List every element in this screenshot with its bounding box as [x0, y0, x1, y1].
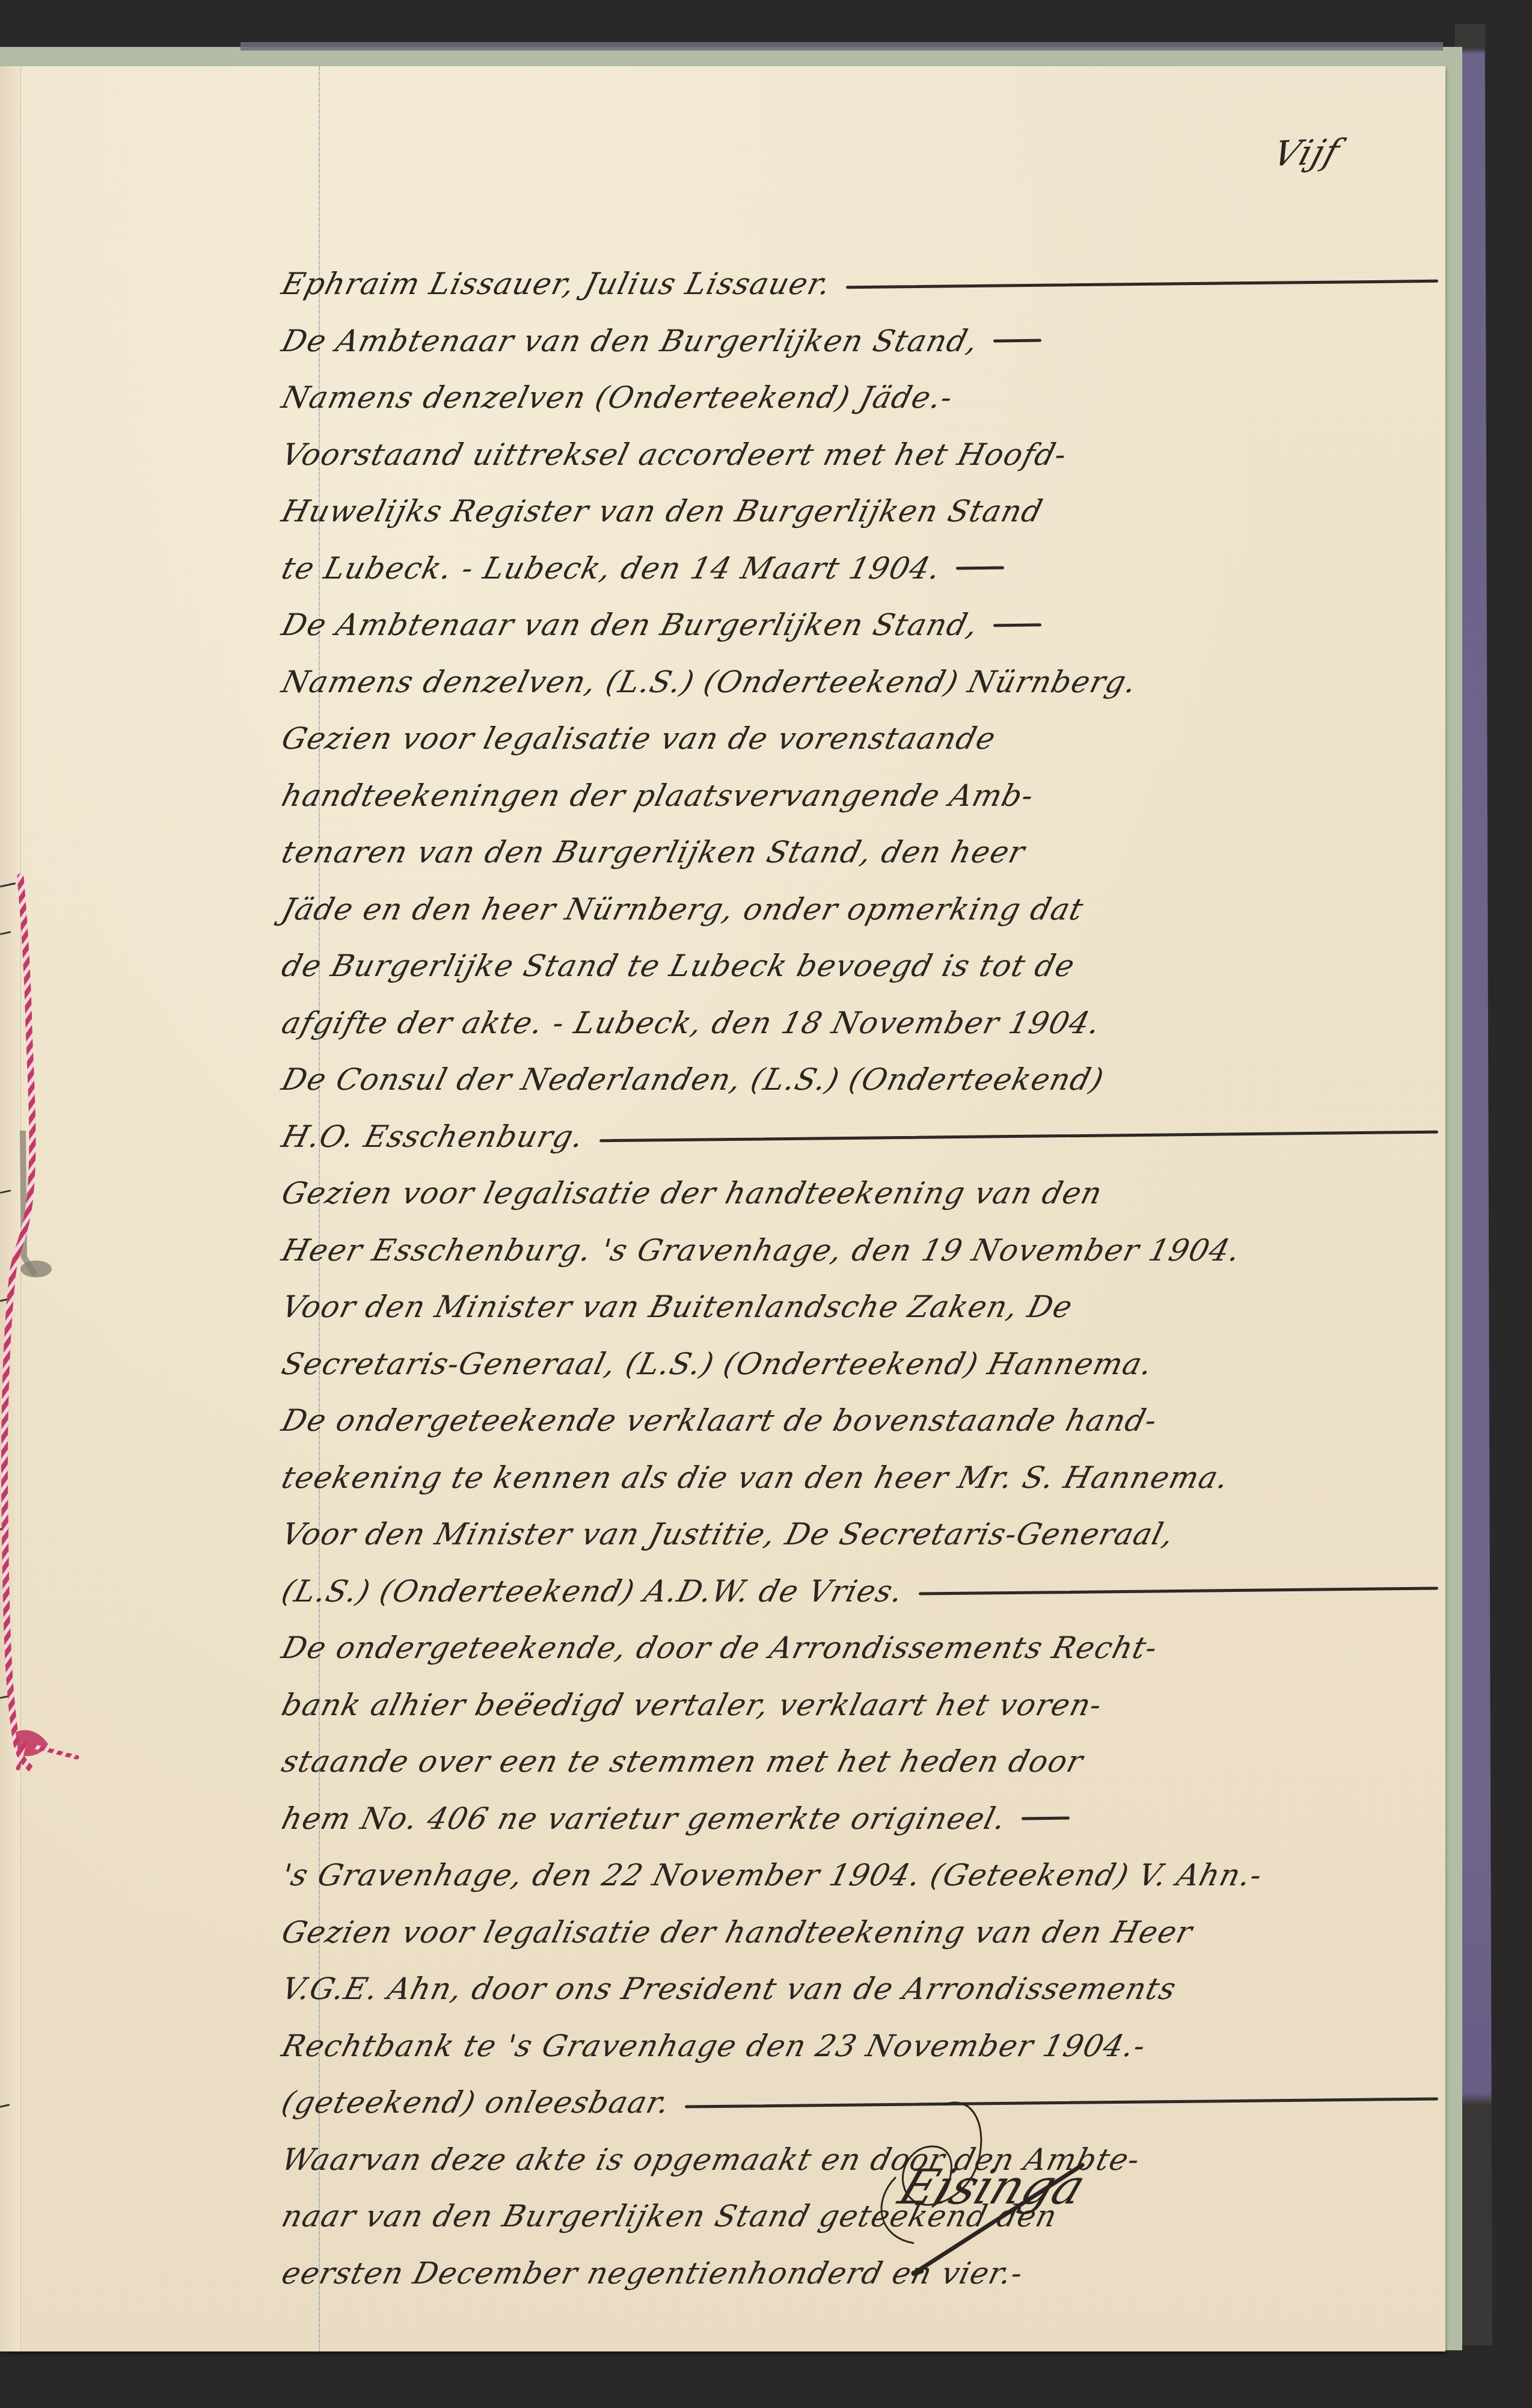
line-text: Jäde en den heer Nürnberg, onder opmerki…: [275, 881, 1090, 938]
line-filler-rule: [956, 567, 1004, 570]
line-text: handteekeningen der plaatsvervangende Am…: [275, 767, 1040, 825]
tick-mark-icon: [0, 931, 11, 935]
line-filler-rule: [846, 280, 1438, 289]
text-line: Gezien voor legalisatie der handteekenin…: [283, 1904, 1443, 1961]
text-line: hem No. 406 ne varietur gemerkte origine…: [283, 1790, 1443, 1847]
line-text: Gezien voor legalisatie der handteekenin…: [275, 1904, 1199, 1961]
line-text: Secretaris-Generaal, (L.S.) (Onderteeken…: [275, 1336, 1159, 1393]
text-line: Jäde en den heer Nürnberg, onder opmerki…: [283, 881, 1443, 938]
line-text: Gezien voor legalisatie der handteekenin…: [275, 1165, 1109, 1222]
text-line: de Burgerlijke Stand te Lubeck bevoegd i…: [283, 938, 1443, 995]
text-line: Rechtbank te 's Gravenhage den 23 Novemb…: [283, 2018, 1443, 2075]
tick-mark-icon: [0, 2104, 10, 2107]
line-text: teekening te kennen als die van den heer…: [275, 1449, 1236, 1507]
text-line: Voorstaand uittreksel accordeert met het…: [283, 426, 1443, 484]
text-line: afgifte der akte. - Lubeck, den 18 Novem…: [283, 995, 1443, 1052]
text-line: teekening te kennen als die van den heer…: [283, 1449, 1443, 1507]
text-line: De ondergeteekende verklaart de bovensta…: [283, 1392, 1443, 1449]
text-line: Heer Esschenburg. 's Gravenhage, den 19 …: [283, 1222, 1443, 1279]
line-text: Gezien voor legalisatie van de vorenstaa…: [275, 710, 1002, 767]
text-line: Huwelijks Register van den Burgerlijken …: [283, 483, 1443, 540]
tick-mark-icon: [0, 1527, 8, 1531]
line-text: De Ambtenaar van den Burgerlijken Stand,: [275, 597, 985, 654]
text-line: Ephraim Lissauer, Julius Lissauer.: [283, 256, 1443, 313]
line-text: staande over een te stemmen met het hede…: [275, 1733, 1089, 1790]
text-line: 's Gravenhage, den 22 November 1904. (Ge…: [283, 1847, 1443, 1904]
line-text: De ondergeteekende verklaart de bovensta…: [275, 1392, 1164, 1449]
line-text: Namens denzelven, (L.S.) (Onderteekend) …: [275, 654, 1144, 711]
line-filler-rule: [993, 623, 1041, 627]
line-text: 's Gravenhage, den 22 November 1904. (Ge…: [275, 1847, 1269, 1904]
line-text: Voor den Minister van Buitenlandsche Zak…: [275, 1279, 1079, 1336]
book-cover-top-edge: [241, 42, 1443, 51]
line-text: Voorstaand uittreksel accordeert met het…: [275, 426, 1073, 484]
line-text: De Ambtenaar van den Burgerlijken Stand,: [275, 313, 985, 370]
line-text: Voor den Minister van Justitie, De Secre…: [275, 1506, 1180, 1563]
line-text: Ephraim Lissauer, Julius Lissauer.: [275, 256, 838, 313]
line-text: te Lubeck. - Lubeck, den 14 Maart 1904.: [275, 540, 948, 597]
signature: Eisinga: [830, 2093, 1166, 2309]
text-line: De ondergeteekende, door de Arrondisseme…: [283, 1620, 1443, 1677]
line-filler-rule: [993, 339, 1041, 343]
line-text: De Consul der Nederlanden, (L.S.) (Onder…: [275, 1051, 1111, 1108]
line-text: (geteekend) onleesbaar.: [275, 2074, 676, 2131]
text-line: De Consul der Nederlanden, (L.S.) (Onder…: [283, 1051, 1443, 1108]
line-filler-rule: [599, 1131, 1438, 1143]
line-text: H.O. Esschenburg.: [275, 1108, 590, 1166]
line-text: De ondergeteekende, door de Arrondisseme…: [275, 1620, 1164, 1677]
margin-ticks: [0, 66, 24, 2351]
text-line: Namens denzelven (Onderteekend) Jäde.-: [283, 369, 1443, 426]
text-line: (L.S.) (Onderteekend) A.D.W. de Vries.: [283, 1563, 1443, 1620]
line-text: bank alhier beëedigd vertaler, verklaart…: [275, 1677, 1109, 1734]
text-line: V.G.E. Ahn, door ons President van de Ar…: [283, 1961, 1443, 2018]
line-text: Rechtbank te 's Gravenhage den 23 Novemb…: [275, 2018, 1153, 2075]
text-line: te Lubeck. - Lubeck, den 14 Maart 1904.: [283, 540, 1443, 597]
tick-mark-icon: [0, 1190, 11, 1194]
line-text: Namens denzelven (Onderteekend) Jäde.-: [275, 369, 960, 426]
text-line: De Ambtenaar van den Burgerlijken Stand,: [283, 597, 1443, 654]
text-line: Voor den Minister van Justitie, De Secre…: [283, 1506, 1443, 1563]
text-line: handteekeningen der plaatsvervangende Am…: [283, 767, 1443, 825]
handwritten-text-block: Ephraim Lissauer, Julius Lissauer. De Am…: [283, 256, 1443, 2302]
text-line: Namens denzelven, (L.S.) (Onderteekend) …: [283, 654, 1443, 711]
line-text: afgifte der akte. - Lubeck, den 18 Novem…: [275, 995, 1107, 1052]
line-text: V.G.E. Ahn, door ons President van de Ar…: [275, 1961, 1183, 2018]
page-number: Vijf: [1269, 131, 1346, 174]
text-line: tenaren van den Burgerlijken Stand, den …: [283, 824, 1443, 881]
line-filler-rule: [1022, 1817, 1070, 1820]
signature-name: Eisinga: [892, 2159, 1093, 2215]
text-line: Gezien voor legalisatie van de vorenstaa…: [283, 710, 1443, 767]
text-line: Secretaris-Generaal, (L.S.) (Onderteeken…: [283, 1336, 1443, 1393]
text-line: Gezien voor legalisatie der handteekenin…: [283, 1165, 1443, 1222]
text-line: H.O. Esschenburg.: [283, 1108, 1443, 1166]
text-line: Voor den Minister van Buitenlandsche Zak…: [283, 1279, 1443, 1336]
line-text: hem No. 406 ne varietur gemerkte origine…: [275, 1790, 1013, 1847]
text-line: De Ambtenaar van den Burgerlijken Stand,: [283, 313, 1443, 370]
line-text: Huwelijks Register van den Burgerlijken …: [275, 483, 1049, 540]
line-text: (L.S.) (Onderteekend) A.D.W. de Vries.: [275, 1563, 910, 1620]
text-line: staande over een te stemmen met het hede…: [283, 1733, 1443, 1790]
text-line: bank alhier beëedigd vertaler, verklaart…: [283, 1677, 1443, 1734]
line-text: de Burgerlijke Stand te Lubeck bevoegd i…: [275, 938, 1081, 995]
line-text: Heer Esschenburg. 's Gravenhage, den 19 …: [275, 1222, 1247, 1279]
line-text: tenaren van den Burgerlijken Stand, den …: [275, 824, 1032, 881]
line-filler-rule: [919, 1587, 1438, 1596]
tick-mark-icon: [0, 1695, 11, 1699]
tick-mark-icon: [0, 1298, 10, 1301]
tick-mark-icon: [0, 882, 16, 887]
